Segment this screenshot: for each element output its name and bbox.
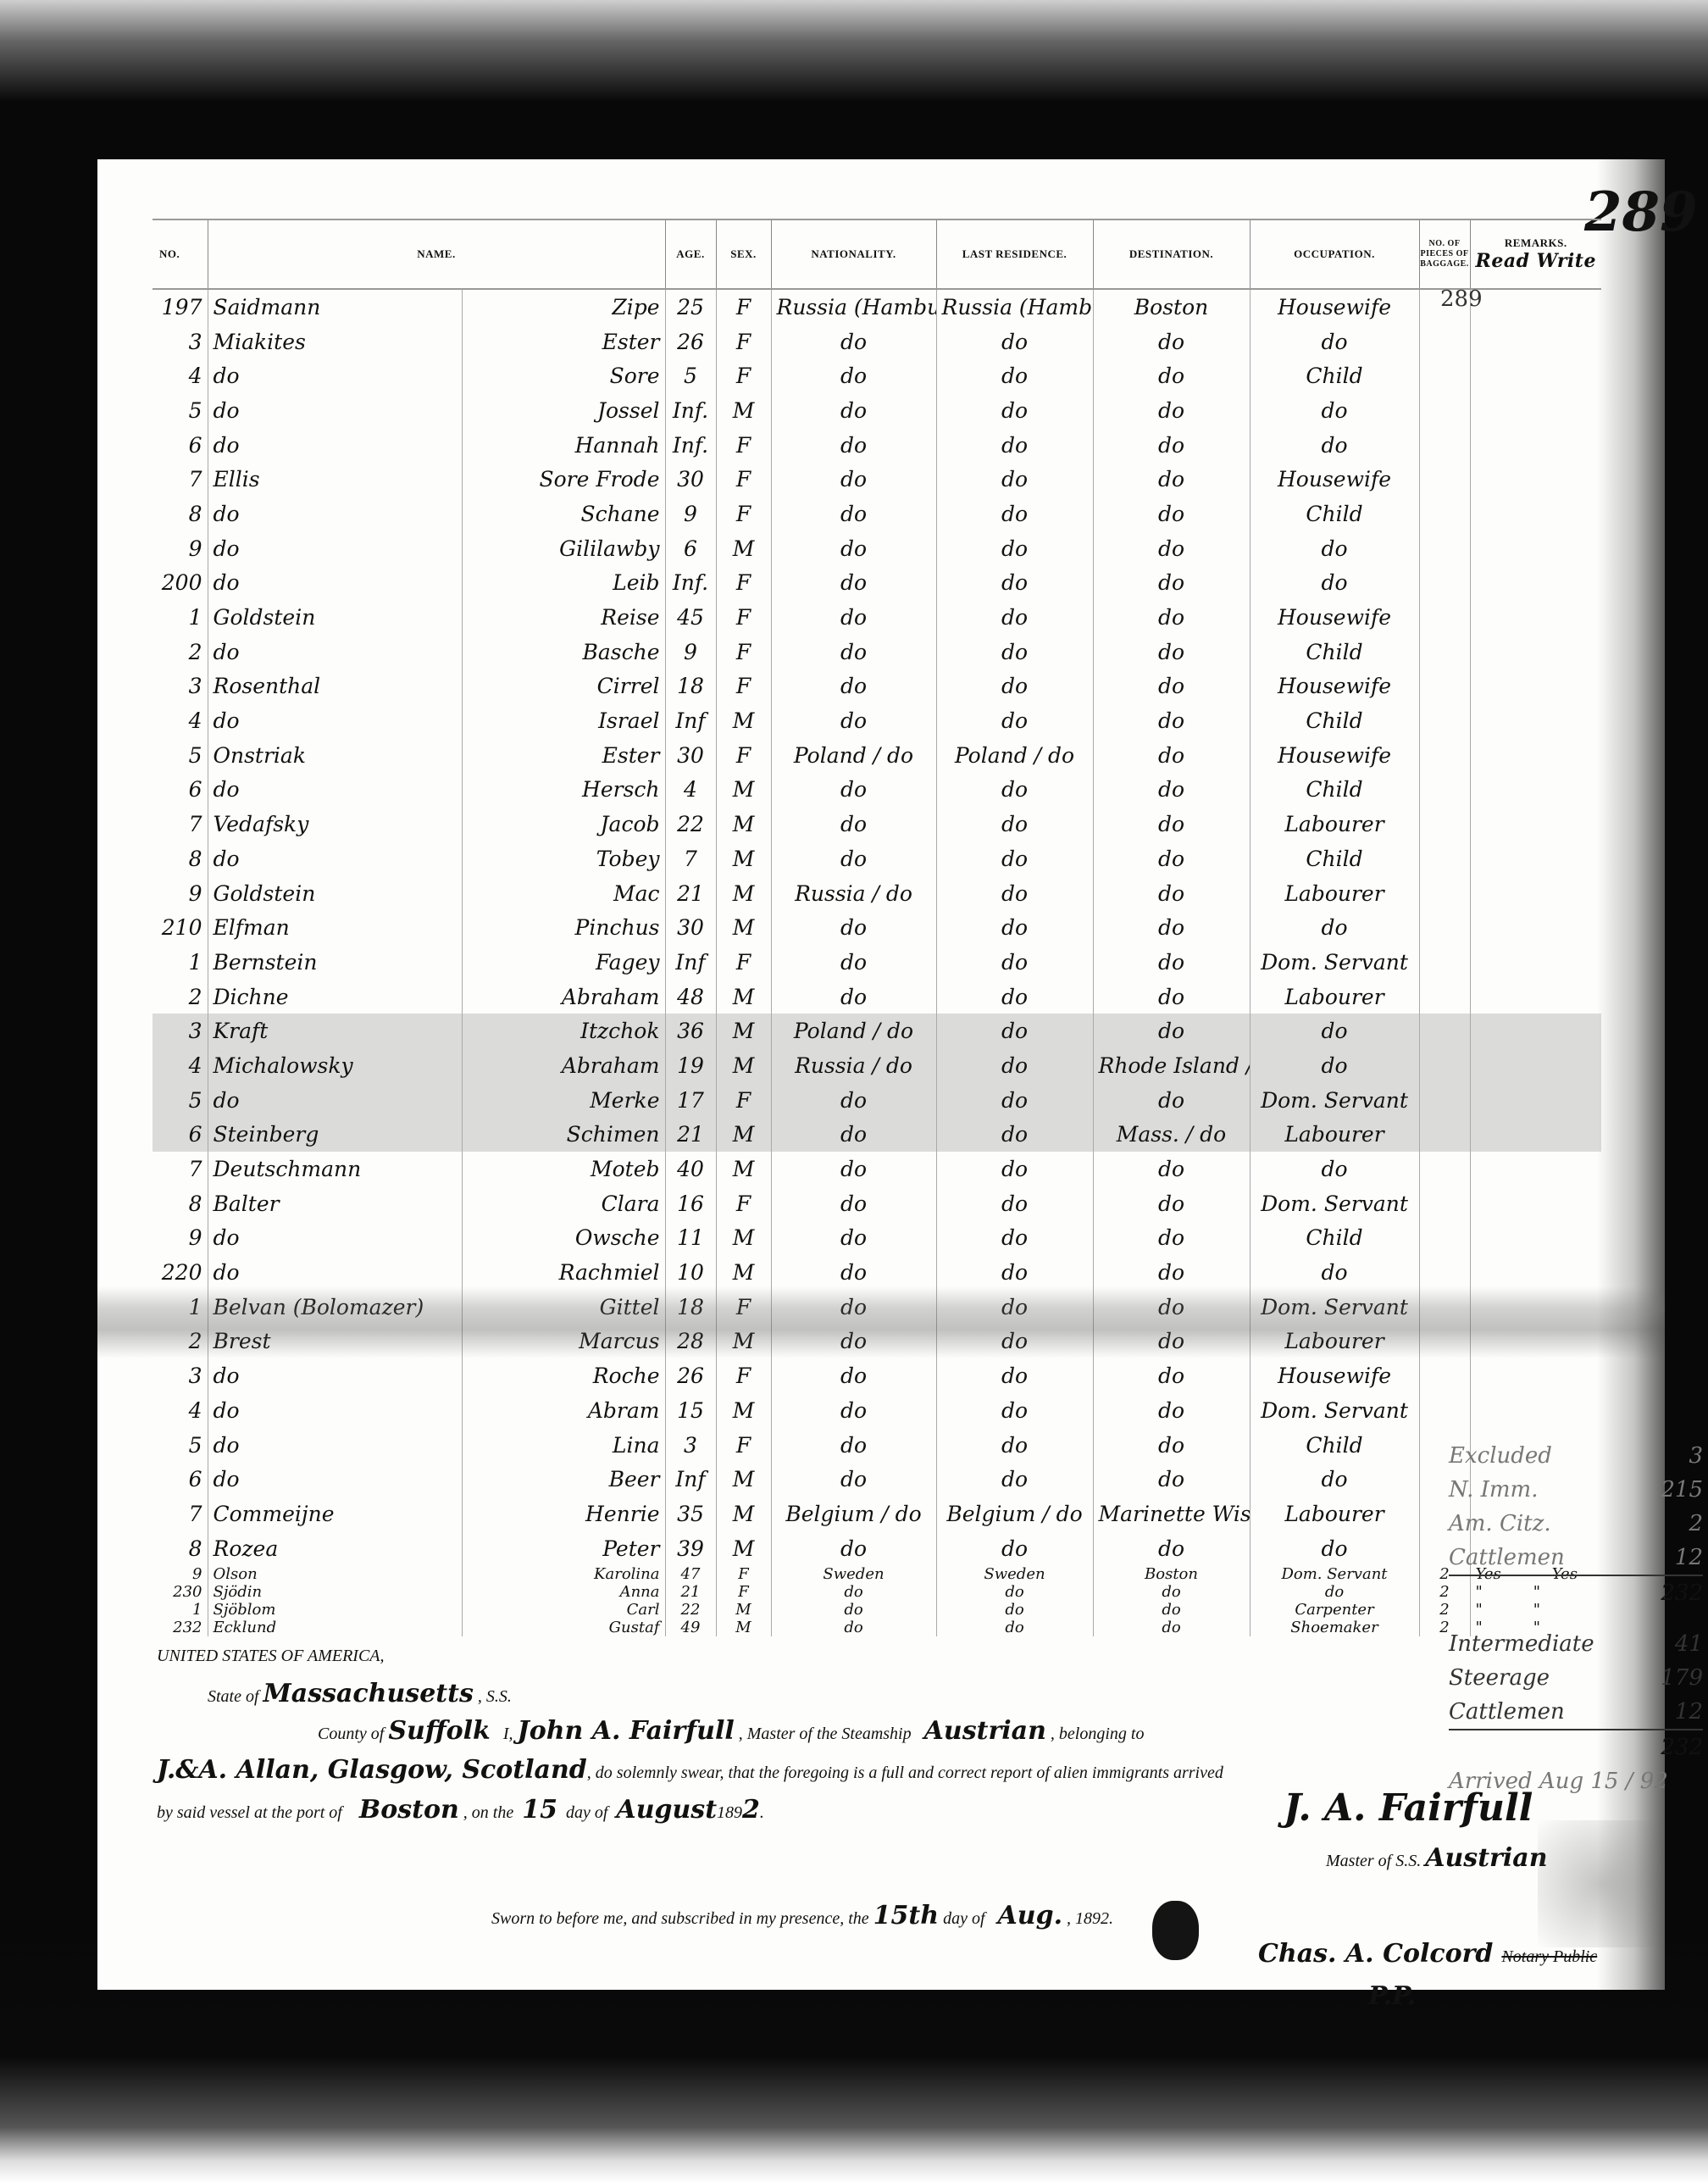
header-baggage: No. of Pieces of Baggage. — [1419, 219, 1470, 289]
cell-occupation: do — [1250, 566, 1419, 601]
aff-county: Suffolk — [388, 1716, 490, 1746]
table-row: 5doJosselInf.Mdodododo — [152, 393, 1601, 428]
cell-sex: M — [716, 1325, 771, 1359]
cell-given: Lina — [462, 1428, 665, 1463]
cell-age: 30 — [665, 738, 716, 773]
cell-destination: Rhode Island / do — [1093, 1048, 1250, 1083]
cell-sex: F — [716, 1583, 771, 1601]
cell-destination: do — [1093, 1152, 1250, 1186]
cell-surname: do — [208, 393, 462, 428]
cell-age: 40 — [665, 1152, 716, 1186]
cell-baggage — [1419, 566, 1470, 601]
cell-no: 5 — [152, 1083, 208, 1118]
cell-given: Tobey — [462, 842, 665, 876]
cell-occupation: Housewife — [1250, 738, 1419, 773]
cell-remarks — [1470, 703, 1601, 738]
cell-destination: do — [1093, 1186, 1250, 1221]
cell-destination: do — [1093, 945, 1250, 980]
cell-given: Clara — [462, 1186, 665, 1221]
cell-age: 21 — [665, 1583, 716, 1601]
cell-no: 197 — [152, 289, 208, 325]
cell-given: Gustaf — [462, 1619, 665, 1636]
cell-surname: Saidmann — [208, 289, 462, 325]
cell-no: 6 — [152, 428, 208, 463]
cell-remarks — [1470, 462, 1601, 497]
cell-occupation: Labourer — [1250, 1118, 1419, 1153]
tally-value: 179 — [1661, 1661, 1703, 1695]
cell-baggage — [1419, 1290, 1470, 1325]
aff-year-suffix: 2 — [742, 1795, 760, 1825]
cell-given: Gililawby — [462, 531, 665, 566]
cell-last-residence: do — [936, 1290, 1093, 1325]
cell-last-residence: do — [936, 1358, 1093, 1393]
cell-nationality: Russia / do — [771, 1048, 936, 1083]
cell-age: 22 — [665, 807, 716, 842]
cell-destination: do — [1093, 462, 1250, 497]
cell-occupation: Labourer — [1250, 980, 1419, 1014]
cell-destination: do — [1093, 358, 1250, 393]
cell-surname: do — [208, 842, 462, 876]
cell-surname: do — [208, 703, 462, 738]
cell-nationality: do — [771, 1583, 936, 1601]
cell-baggage — [1419, 600, 1470, 635]
cell-no: 4 — [152, 1048, 208, 1083]
tally-row: Cattlemen12 — [1449, 1695, 1703, 1729]
cell-occupation: do — [1250, 1014, 1419, 1048]
cell-sex: M — [716, 876, 771, 911]
cell-occupation: Housewife — [1250, 669, 1419, 704]
cell-no: 4 — [152, 358, 208, 393]
cell-surname: Ecklund — [208, 1619, 462, 1636]
table-row: 9OlsonKarolina47FSwedenSwedenBostonDom. … — [152, 1565, 1601, 1583]
aff-swear-text: , do solemnly swear, that the foregoing … — [587, 1764, 1223, 1782]
cell-surname: Onstriak — [208, 738, 462, 773]
cell-no: 2 — [152, 1325, 208, 1359]
cell-remarks — [1470, 1152, 1601, 1186]
cell-surname: Rozea — [208, 1531, 462, 1566]
cell-age: 18 — [665, 1290, 716, 1325]
table-row: 4doSore5FdododoChild — [152, 358, 1601, 393]
cell-destination: do — [1093, 393, 1250, 428]
tally-label: Intermediate — [1449, 1627, 1594, 1661]
cell-baggage — [1419, 462, 1470, 497]
table-row: 8doSchane9FdododoChild — [152, 497, 1601, 531]
cell-occupation: Dom. Servant — [1250, 1083, 1419, 1118]
cell-surname: do — [208, 1428, 462, 1463]
cell-no: 1 — [152, 1601, 208, 1619]
cell-last-residence: do — [936, 1583, 1093, 1601]
tally-row: Intermediate41 — [1449, 1627, 1703, 1661]
header-destination: DESTINATION. — [1093, 219, 1250, 289]
table-row: 1BernsteinFageyInfFdododoDom. Servant — [152, 945, 1601, 980]
cell-surname: Sjödin — [208, 1583, 462, 1601]
cell-given: Anna — [462, 1583, 665, 1601]
cell-given: Cirrel — [462, 669, 665, 704]
aff-port-label: by said vessel at the port of — [157, 1803, 342, 1822]
aff-i-label: I, — [503, 1725, 513, 1743]
cell-sex: F — [716, 462, 771, 497]
cell-occupation: Child — [1250, 497, 1419, 531]
film-border-top — [0, 0, 1708, 102]
tally-total: 232 — [1449, 1729, 1703, 1764]
cell-last-residence: do — [936, 600, 1093, 635]
cell-given: Merke — [462, 1083, 665, 1118]
cell-given: Itzchok — [462, 1014, 665, 1048]
cell-remarks — [1470, 910, 1601, 945]
cell-age: 22 — [665, 1601, 716, 1619]
cell-given: Hersch — [462, 773, 665, 808]
cell-age: 5 — [665, 358, 716, 393]
cell-sex: M — [716, 1601, 771, 1619]
cell-destination: do — [1093, 325, 1250, 359]
cell-occupation: Labourer — [1250, 1497, 1419, 1531]
cell-given: Beer — [462, 1462, 665, 1497]
cell-no: 220 — [152, 1255, 208, 1290]
cell-age: 45 — [665, 600, 716, 635]
table-header: No. NAME. AGE. SEX. NATIONALITY. LAST RE… — [152, 219, 1601, 289]
cell-nationality: do — [771, 428, 936, 463]
cell-age: 26 — [665, 1358, 716, 1393]
cell-surname: do — [208, 1393, 462, 1428]
cell-sex: F — [716, 1358, 771, 1393]
aff-port-line: by said vessel at the port of Boston , o… — [157, 1795, 764, 1825]
aff-belonging-label: , belonging to — [1051, 1725, 1145, 1743]
cell-surname: Vedafsky — [208, 807, 462, 842]
cell-last-residence: Poland / do — [936, 738, 1093, 773]
cell-surname: Miakites — [208, 325, 462, 359]
cell-baggage — [1419, 1325, 1470, 1359]
tally-box: Excluded3N. Imm.215Am. Citz.2Cattlemen12… — [1449, 1439, 1703, 1798]
cell-no: 200 — [152, 566, 208, 601]
cell-nationality: Belgium / do — [771, 1497, 936, 1531]
cell-occupation: Child — [1250, 635, 1419, 669]
table-row: 8RozeaPeter39Mdodododo — [152, 1531, 1601, 1566]
cell-occupation: Dom. Servant — [1250, 945, 1419, 980]
cell-nationality: do — [771, 1358, 936, 1393]
cell-baggage — [1419, 910, 1470, 945]
table-row: 8BalterClara16FdododoDom. Servant — [152, 1186, 1601, 1221]
cell-no: 5 — [152, 393, 208, 428]
cell-last-residence: do — [936, 566, 1093, 601]
cell-age: Inf — [665, 945, 716, 980]
cell-age: 16 — [665, 1186, 716, 1221]
aff-state-line: State of Massachusetts , S.S. — [208, 1679, 512, 1708]
cell-age: 9 — [665, 497, 716, 531]
cell-remarks — [1470, 945, 1601, 980]
cell-occupation: Carpenter — [1250, 1601, 1419, 1619]
cell-occupation: Child — [1250, 1428, 1419, 1463]
cell-baggage — [1419, 393, 1470, 428]
aff-sworn-day-of: day of — [943, 1909, 984, 1928]
cell-last-residence: do — [936, 1221, 1093, 1256]
cell-nationality: do — [771, 1462, 936, 1497]
cell-age: 26 — [665, 325, 716, 359]
cell-sex: M — [716, 531, 771, 566]
cell-surname: do — [208, 566, 462, 601]
cell-no: 4 — [152, 703, 208, 738]
cell-sex: M — [716, 980, 771, 1014]
header-last-residence: LAST RESIDENCE. — [936, 219, 1093, 289]
cell-no: 1 — [152, 600, 208, 635]
aff-ss: , S.S. — [478, 1687, 512, 1706]
table-row: 5doMerke17FdododoDom. Servant — [152, 1083, 1601, 1118]
cell-sex: F — [716, 358, 771, 393]
cell-remarks — [1470, 393, 1601, 428]
tally-row: Steerage179 — [1449, 1661, 1703, 1695]
tally-value: 215 — [1661, 1473, 1703, 1507]
cell-occupation: Housewife — [1250, 462, 1419, 497]
cell-last-residence: do — [936, 1325, 1093, 1359]
header-nationality: NATIONALITY. — [771, 219, 936, 289]
cell-no: 8 — [152, 842, 208, 876]
cell-no: 3 — [152, 325, 208, 359]
cell-surname: Elfman — [208, 910, 462, 945]
cell-destination: do — [1093, 1014, 1250, 1048]
cell-occupation: Labourer — [1250, 876, 1419, 911]
cell-nationality: do — [771, 807, 936, 842]
cell-baggage — [1419, 1393, 1470, 1428]
cell-age: 21 — [665, 1118, 716, 1153]
master-signature: J. A. Fairfull — [1284, 1786, 1533, 1830]
cell-surname: do — [208, 635, 462, 669]
cell-remarks — [1470, 1393, 1601, 1428]
aff-state: Massachusetts — [263, 1679, 474, 1708]
cell-no: 7 — [152, 1152, 208, 1186]
cell-occupation: do — [1250, 1048, 1419, 1083]
cell-surname: Steinberg — [208, 1118, 462, 1153]
cell-age: 30 — [665, 910, 716, 945]
cell-occupation: do — [1250, 1255, 1419, 1290]
cell-occupation: Housewife — [1250, 289, 1419, 325]
cell-last-residence: do — [936, 1393, 1093, 1428]
cell-remarks — [1470, 1083, 1601, 1118]
cell-surname: do — [208, 1255, 462, 1290]
table-row: 6SteinbergSchimen21MdodoMass. / doLabour… — [152, 1118, 1601, 1153]
cell-surname: Brest — [208, 1325, 462, 1359]
cell-sex: M — [716, 1531, 771, 1566]
cell-last-residence: do — [936, 393, 1093, 428]
cell-occupation: Dom. Servant — [1250, 1186, 1419, 1221]
cell-baggage — [1419, 1118, 1470, 1153]
cell-last-residence: do — [936, 1118, 1093, 1153]
cell-nationality: do — [771, 1221, 936, 1256]
cell-last-residence: do — [936, 1462, 1093, 1497]
paper-stain — [1538, 1820, 1665, 1947]
cell-no: 3 — [152, 669, 208, 704]
cell-age: 10 — [665, 1255, 716, 1290]
cell-occupation: Child — [1250, 703, 1419, 738]
cell-no: 7 — [152, 807, 208, 842]
cell-no: 9 — [152, 1565, 208, 1583]
cell-sex: M — [716, 842, 771, 876]
cell-baggage — [1419, 1186, 1470, 1221]
cell-given: Sore — [462, 358, 665, 393]
table-row: 210ElfmanPinchus30Mdodododo — [152, 910, 1601, 945]
cell-given: Carl — [462, 1601, 665, 1619]
cell-last-residence: do — [936, 773, 1093, 808]
cell-nationality: do — [771, 358, 936, 393]
cell-given: Israel — [462, 703, 665, 738]
cell-occupation: do — [1250, 1583, 1419, 1601]
cell-destination: do — [1093, 1325, 1250, 1359]
cell-remarks — [1470, 669, 1601, 704]
cell-baggage — [1419, 807, 1470, 842]
cell-baggage — [1419, 1358, 1470, 1393]
table-row: 220doRachmiel10Mdodododo — [152, 1255, 1601, 1290]
cell-age: 6 — [665, 531, 716, 566]
cell-last-residence: do — [936, 1255, 1093, 1290]
aff-owner: J.&A. Allan, Glasgow, Scotland — [157, 1755, 587, 1785]
aff-year-prefix: 189 — [717, 1803, 742, 1822]
cell-last-residence: do — [936, 669, 1093, 704]
table-row: 7EllisSore Frode30FdododoHousewife — [152, 462, 1601, 497]
cell-surname: Olson — [208, 1565, 462, 1583]
wax-seal — [1152, 1901, 1199, 1960]
cell-baggage — [1419, 1152, 1470, 1186]
cell-nationality: Russia / do — [771, 876, 936, 911]
aff-country: UNITED STATES OF AMERICA, — [157, 1647, 385, 1666]
cell-age: Inf — [665, 703, 716, 738]
tally-row: Cattlemen12 — [1449, 1541, 1703, 1575]
cell-nationality: do — [771, 945, 936, 980]
cell-surname: do — [208, 1358, 462, 1393]
cell-surname: Rosenthal — [208, 669, 462, 704]
cell-age: 9 — [665, 635, 716, 669]
cell-last-residence: do — [936, 462, 1093, 497]
cell-last-residence: do — [936, 945, 1093, 980]
cell-age: 4 — [665, 773, 716, 808]
header-remarks: REMARKS. Read Write — [1470, 219, 1601, 289]
cell-destination: Boston — [1093, 289, 1250, 325]
cell-last-residence: do — [936, 531, 1093, 566]
cell-destination: do — [1093, 980, 1250, 1014]
cell-last-residence: do — [936, 358, 1093, 393]
cell-destination: Boston — [1093, 1565, 1250, 1583]
aff-master-ss-line: Master of S.S. Austrian — [1326, 1843, 1548, 1873]
cell-surname: Commeijne — [208, 1497, 462, 1531]
cell-sex: M — [716, 1462, 771, 1497]
page-number: 289 — [1584, 181, 1698, 244]
cell-surname: do — [208, 1083, 462, 1118]
cell-age: Inf — [665, 1462, 716, 1497]
cell-age: 30 — [665, 462, 716, 497]
cell-remarks — [1470, 842, 1601, 876]
cell-surname: Sjöblom — [208, 1601, 462, 1619]
cell-baggage — [1419, 980, 1470, 1014]
cell-nationality: do — [771, 1255, 936, 1290]
cell-baggage — [1419, 945, 1470, 980]
cell-occupation: Child — [1250, 1221, 1419, 1256]
cell-nationality: do — [771, 1118, 936, 1153]
cell-occupation: do — [1250, 910, 1419, 945]
cell-no: 2 — [152, 635, 208, 669]
aff-owner-line: J.&A. Allan, Glasgow, Scotland, do solem… — [157, 1755, 1223, 1785]
cell-sex: M — [716, 1221, 771, 1256]
cell-destination: do — [1093, 1083, 1250, 1118]
tally-value: 2 — [1689, 1507, 1703, 1541]
cell-occupation: Dom. Servant — [1250, 1565, 1419, 1583]
aff-sworn-month: Aug. — [998, 1901, 1063, 1930]
cell-given: Jossel — [462, 393, 665, 428]
cell-occupation: Shoemaker — [1250, 1619, 1419, 1636]
cell-nationality: do — [771, 1619, 936, 1636]
cell-given: Roche — [462, 1358, 665, 1393]
cell-nationality: do — [771, 773, 936, 808]
cell-baggage — [1419, 1221, 1470, 1256]
cell-destination: do — [1093, 497, 1250, 531]
cell-age: 36 — [665, 1014, 716, 1048]
tally-row: Excluded3 — [1449, 1439, 1703, 1473]
cell-no: 8 — [152, 497, 208, 531]
cell-baggage — [1419, 1048, 1470, 1083]
cell-remarks — [1470, 1221, 1601, 1256]
cell-given: Reise — [462, 600, 665, 635]
cell-nationality: do — [771, 600, 936, 635]
cell-destination: do — [1093, 910, 1250, 945]
cell-remarks — [1470, 876, 1601, 911]
notary-title: Notary Public — [1501, 1947, 1597, 1966]
cell-given: Henrie — [462, 1497, 665, 1531]
cell-last-residence: do — [936, 1601, 1093, 1619]
cell-baggage — [1419, 773, 1470, 808]
cell-nationality: Sweden — [771, 1565, 936, 1583]
cell-remarks — [1470, 325, 1601, 359]
table-row: 5doLina3FdododoChild — [152, 1428, 1601, 1463]
aff-county-label: County of — [318, 1725, 384, 1743]
table-row: 9doOwsche11MdododoChild — [152, 1221, 1601, 1256]
cell-occupation: Labourer — [1250, 1325, 1419, 1359]
cell-nationality: Poland / do — [771, 1014, 936, 1048]
cell-sex: F — [716, 945, 771, 980]
cell-sex: M — [716, 1497, 771, 1531]
cell-baggage — [1419, 738, 1470, 773]
cell-nationality: do — [771, 325, 936, 359]
table-row: 7DeutschmannMoteb40Mdodododo — [152, 1152, 1601, 1186]
cell-given: Ester — [462, 325, 665, 359]
cell-no: 5 — [152, 738, 208, 773]
cell-nationality: do — [771, 462, 936, 497]
cell-baggage — [1419, 1255, 1470, 1290]
cell-last-residence: do — [936, 325, 1093, 359]
cell-sex: F — [716, 669, 771, 704]
cell-occupation: do — [1250, 1152, 1419, 1186]
cell-sex: F — [716, 1428, 771, 1463]
cell-no: 1 — [152, 945, 208, 980]
table-row: 2doBasche9FdododoChild — [152, 635, 1601, 669]
table-row: 232EcklundGustaf49MdododoShoemaker2"" — [152, 1619, 1601, 1636]
cell-nationality: Poland / do — [771, 738, 936, 773]
cell-surname: Goldstein — [208, 600, 462, 635]
cell-destination: Mass. / do — [1093, 1118, 1250, 1153]
tally-label: N. Imm. — [1449, 1473, 1538, 1507]
table-row: 8doTobey7MdododoChild — [152, 842, 1601, 876]
cell-sex: F — [716, 635, 771, 669]
aff-sworn-day: 15th — [873, 1901, 939, 1930]
tally-label: Cattlemen — [1449, 1695, 1565, 1729]
tally-label: Excluded — [1449, 1439, 1552, 1473]
cell-sex: F — [716, 1083, 771, 1118]
cell-surname: do — [208, 358, 462, 393]
cell-age: 18 — [665, 669, 716, 704]
cell-no: 2 — [152, 980, 208, 1014]
cell-destination: do — [1093, 566, 1250, 601]
cell-baggage — [1419, 876, 1470, 911]
cell-last-residence: do — [936, 910, 1093, 945]
aff-sworn-year: , 1892. — [1067, 1909, 1113, 1928]
cell-nationality: do — [771, 1531, 936, 1566]
cell-given: Basche — [462, 635, 665, 669]
table-row: 6doBeerInfMdodododo — [152, 1462, 1601, 1497]
